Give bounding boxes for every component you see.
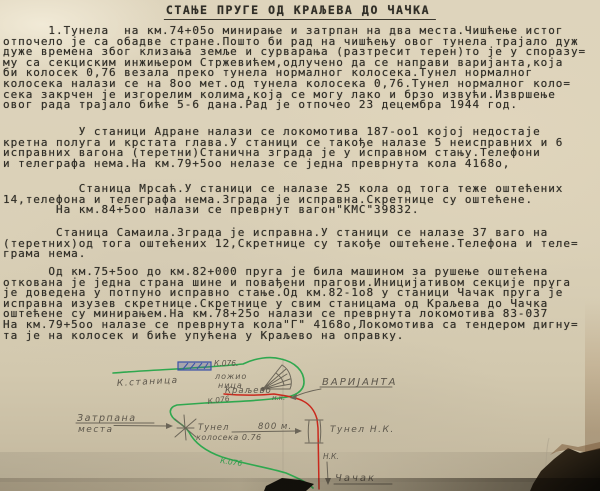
text-line: (теретних)од тога оштећених 12,Скретнице…	[3, 239, 599, 250]
lozionica-label-line1: ложио	[214, 372, 247, 381]
kolosek076-label: колосека 0.76	[196, 433, 262, 442]
hand-drawn-railway-sketch: К.076. К.станица ложио ница Краљево н.к.…	[0, 352, 600, 491]
text-line: На км.84+5оо налази се преврнут вагон"КМ…	[3, 205, 599, 216]
kraljevo-label: Краљево	[225, 386, 272, 396]
text-line: овог рада трајало биће 5-6 дана.Рад је о…	[3, 100, 599, 111]
tunnel-076-symbol	[175, 415, 196, 440]
text-line: и телеграфа нема.На км.79+5оо нелазе се …	[3, 159, 599, 170]
bottom-edge-shadow	[0, 478, 600, 491]
tunel-label: Тунел	[198, 423, 229, 433]
nk-right-label: Н.К.	[323, 452, 339, 461]
station-symbol-icon	[178, 362, 211, 370]
k076-mid-label: К.076	[207, 394, 230, 406]
paragraph-track-condition: Од км.75+5оо до км.82+000 пруга је била …	[3, 267, 599, 341]
paragraph-station-adrani: У станици Адране налази се локомотива 18…	[3, 127, 599, 169]
paragraph-station-mrsac: Станица Мрсаћ.У станици се налазе 25 кол…	[3, 184, 599, 216]
nk-kraljevo-label: н.к.	[272, 394, 285, 402]
paragraph-station-samaila: Станица Самаила.Зграда је исправна.У ста…	[3, 228, 599, 260]
k-stanica-label: К.станица	[117, 376, 179, 389]
nk-tunnel-arrowhead-icon	[295, 428, 302, 434]
text-line: та је на колосек и биће упућена у Краљев…	[3, 331, 599, 342]
text-line: грама нема.	[3, 249, 599, 260]
zatrpana-label: Затрпана	[77, 413, 137, 424]
tunnel-arrowhead-icon	[166, 423, 173, 429]
mesta-label: места	[78, 425, 114, 435]
tunnel-nk-symbol	[305, 420, 323, 443]
k076-top-label: К.076.	[214, 359, 238, 368]
leader-line-to-tunnel	[114, 426, 168, 427]
paragraph-tunnel-74: 1.Тунела на км.74+05о минирање и затрпан…	[3, 26, 599, 111]
k076-green-label: К.076	[220, 456, 243, 468]
tunel-nk-label: Тунел Н.К.	[330, 425, 395, 435]
varijanta-label: ВАРИЈАНТА	[322, 377, 397, 388]
page-title: СТАЊЕ ПРУГЕ ОД КРАЉЕВА ДО ЧАЧКА	[164, 3, 436, 20]
scanned-document: { "document": { "title": "СТАЊЕ ПРУГЕ ОД…	[0, 0, 600, 491]
distance-800m-label: 800 м.	[258, 422, 292, 432]
